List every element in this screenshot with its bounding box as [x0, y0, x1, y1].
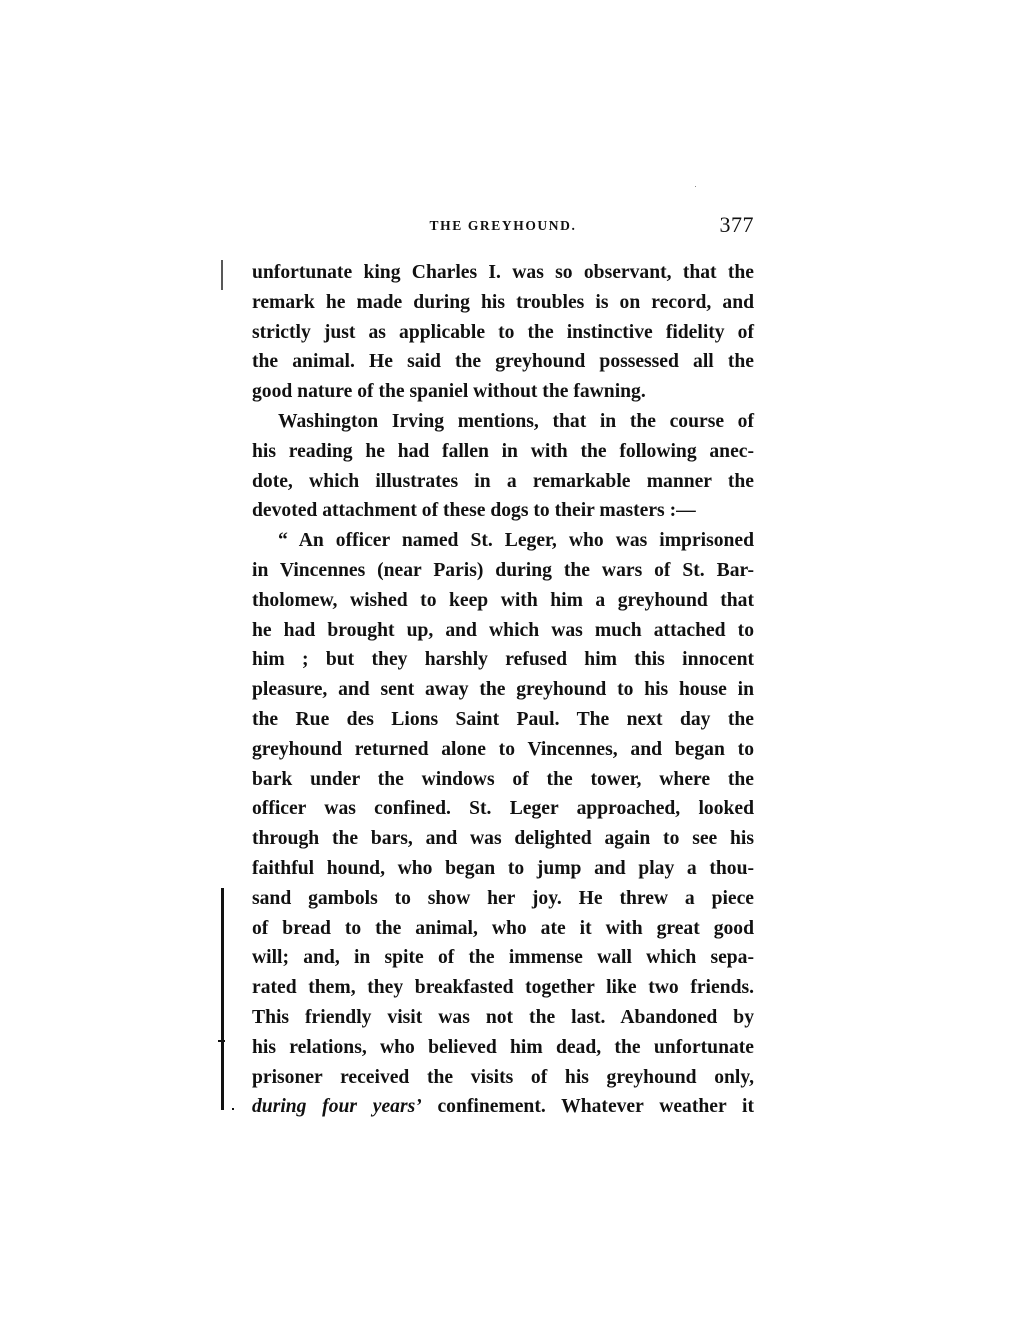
text-line: Washington Irving mentions, that in the …: [252, 407, 754, 437]
text-line: tholomew, wished to keep with him a grey…: [252, 586, 754, 616]
text-line: good nature of the spaniel without the f…: [252, 377, 754, 407]
text-line: he had brought up, and which was much at…: [252, 616, 754, 646]
margin-mark-dot: [232, 1108, 234, 1110]
margin-mark-side-bar: [221, 888, 224, 1110]
italic-phrase: during four years’: [252, 1096, 422, 1117]
margin-mark-top: [221, 260, 223, 290]
text-line: through the bars, and was delighted agai…: [252, 824, 754, 854]
text-line-final: during four years’ confinement. Whatever…: [252, 1092, 754, 1122]
text-line: will; and, in spite of the immense wall …: [252, 943, 754, 973]
text-line: him ; but they harshly refused him this …: [252, 645, 754, 675]
text-line: his relations, who believed him dead, th…: [252, 1033, 754, 1063]
margin-mark-top-dot: [695, 186, 696, 187]
text-line: officer was confined. St. Leger approach…: [252, 794, 754, 824]
roman-phrase: confinement. Whatever weather it: [422, 1096, 754, 1117]
text-line: strictly just as applicable to the insti…: [252, 318, 754, 348]
text-line: his reading he had fallen in with the fo…: [252, 437, 754, 467]
text-line: unfortunate king Charles I. was so obser…: [252, 258, 754, 288]
text-line: in Vincennes (near Paris) during the war…: [252, 556, 754, 586]
text-line: of bread to the animal, who ate it with …: [252, 914, 754, 944]
text-line: “ An officer named St. Leger, who was im…: [252, 526, 754, 556]
body-text: unfortunate king Charles I. was so obser…: [252, 258, 754, 1122]
text-line: prisoner received the visits of his grey…: [252, 1063, 754, 1093]
text-line: greyhound returned alone to Vincennes, a…: [252, 735, 754, 765]
paragraph-1: unfortunate king Charles I. was so obser…: [252, 258, 754, 407]
book-page: THE GREYHOUND. 377 unfortunate king Char…: [0, 0, 1033, 1339]
text-line: devoted attachment of these dogs to thei…: [252, 496, 754, 526]
text-line: sand gambols to show her joy. He threw a…: [252, 884, 754, 914]
text-line: This friendly visit was not the last. Ab…: [252, 1003, 754, 1033]
text-line: remark he made during his troubles is on…: [252, 288, 754, 318]
running-header: THE GREYHOUND. 377: [252, 212, 754, 242]
text-line: rated them, they breakfasted together li…: [252, 973, 754, 1003]
margin-mark-tick: [218, 1040, 225, 1042]
page-number: 377: [720, 212, 755, 238]
text-line: the Rue des Lions Saint Paul. The next d…: [252, 705, 754, 735]
text-line: bark under the windows of the tower, whe…: [252, 765, 754, 795]
text-line: pleasure, and sent away the greyhound to…: [252, 675, 754, 705]
text-line: the animal. He said the greyhound posses…: [252, 347, 754, 377]
paragraph-3-quotation: “ An officer named St. Leger, who was im…: [252, 526, 754, 1122]
running-title: THE GREYHOUND.: [252, 218, 754, 234]
paragraph-2: Washington Irving mentions, that in the …: [252, 407, 754, 526]
text-line: dote, which illustrates in a remarkable …: [252, 467, 754, 497]
text-line: faithful hound, who began to jump and pl…: [252, 854, 754, 884]
